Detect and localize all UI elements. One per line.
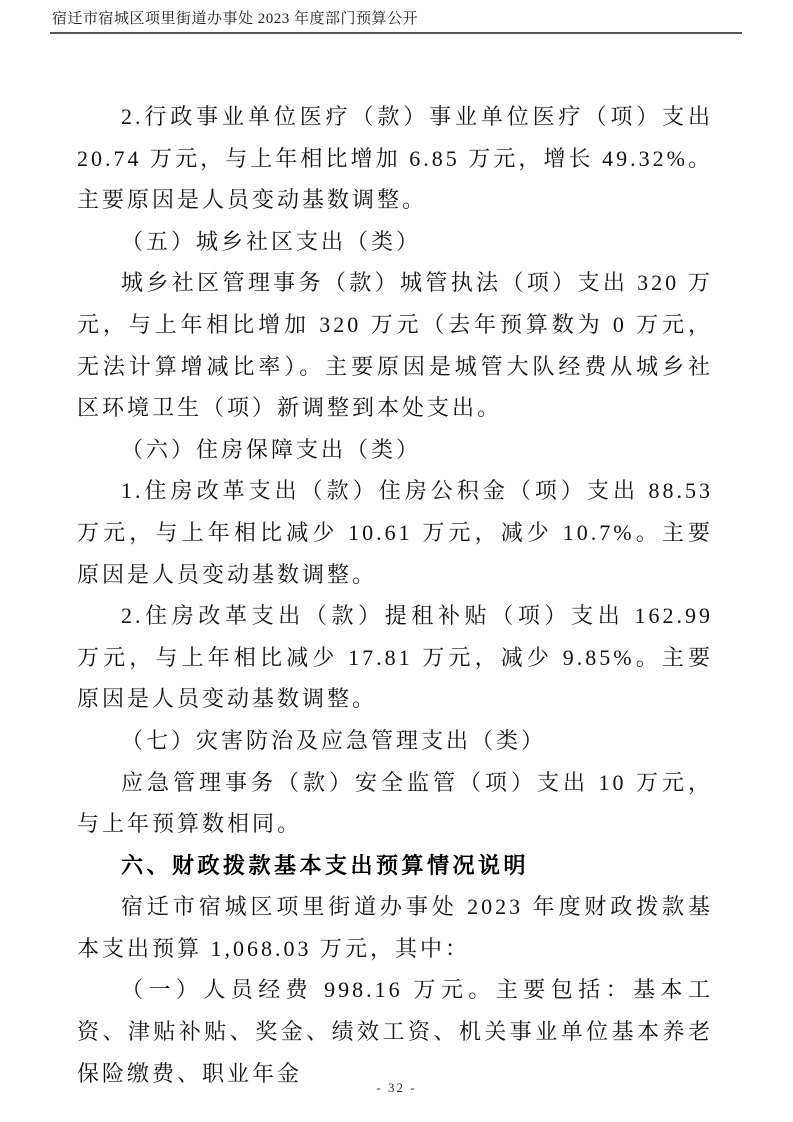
section-label-urban-rural-community: （五）城乡社区支出（类） — [77, 221, 713, 263]
paragraph-basic-expenditure-total: 宿迁市宿城区项里街道办事处 2023 年度财政拨款基本支出预算 1,068.03… — [77, 886, 713, 969]
paragraph-urban-management: 城乡社区管理事务（款）城管执法（项）支出 320 万元，与上年相比增加 320 … — [77, 262, 713, 428]
page-header: 宿迁市宿城区项里街道办事处 2023 年度部门预算公开 — [50, 11, 742, 34]
paragraph-medical-expense: 2.行政事业单位医疗（款）事业单位医疗（项）支出 20.74 万元，与上年相比增… — [77, 96, 713, 221]
paragraph-safety-supervision: 应急管理事务（款）安全监管（项）支出 10 万元，与上年预算数相同。 — [77, 762, 713, 845]
page-number: - 32 - — [376, 1080, 416, 1095]
header-title: 宿迁市宿城区项里街道办事处 2023 年度部门预算公开 — [50, 11, 742, 28]
section-label-disaster-emergency: （七）灾害防治及应急管理支出（类） — [77, 720, 713, 762]
paragraph-personnel-funds: （一）人员经费 998.16 万元。主要包括：基本工资、津贴补贴、奖金、绩效工资… — [77, 969, 713, 1094]
section-heading-basic-expenditure: 六、财政拨款基本支出预算情况说明 — [77, 845, 713, 887]
section-label-housing-security: （六）住房保障支出（类） — [77, 429, 713, 471]
paragraph-rent-subsidy: 2.住房改革支出（款）提租补贴（项）支出 162.99 万元，与上年相比减少 1… — [77, 595, 713, 720]
document-body: 2.行政事业单位医疗（款）事业单位医疗（项）支出 20.74 万元，与上年相比增… — [77, 96, 713, 1094]
document-page: 宿迁市宿城区项里街道办事处 2023 年度部门预算公开 2.行政事业单位医疗（款… — [0, 0, 793, 1122]
page-footer: - 32 - — [0, 1079, 793, 1097]
paragraph-housing-fund: 1.住房改革支出（款）住房公积金（项）支出 88.53 万元，与上年相比减少 1… — [77, 470, 713, 595]
